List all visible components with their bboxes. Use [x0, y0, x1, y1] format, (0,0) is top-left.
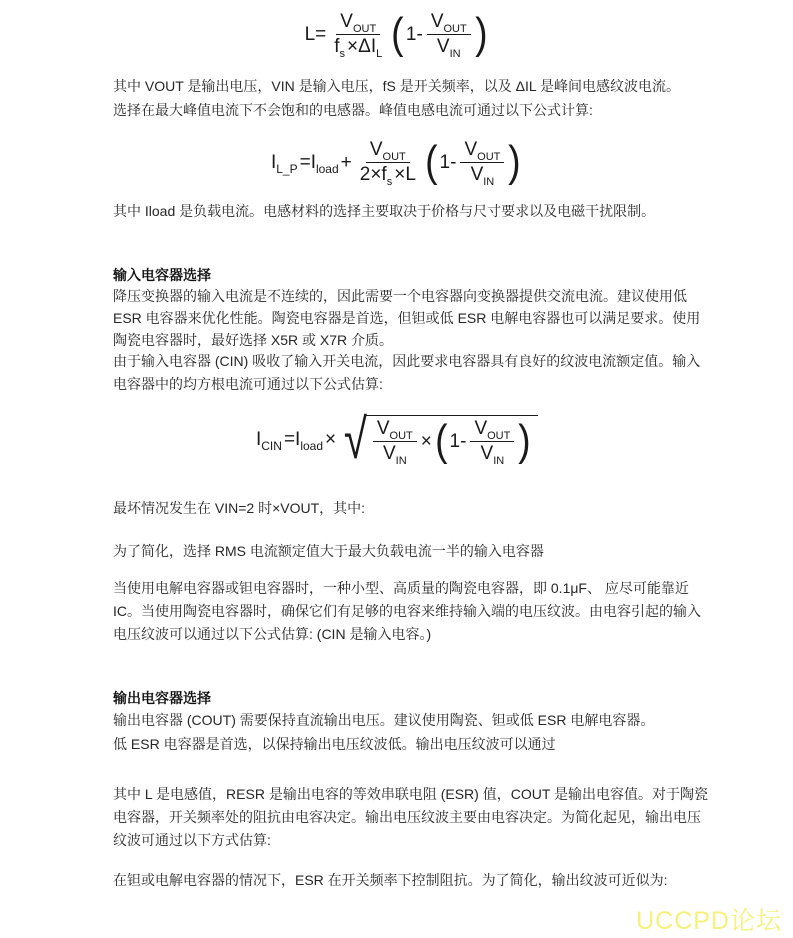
formula-input-cap-rms: ICIN=Iload×√VOUTVIN×(1-VOUTVIN) [0, 404, 793, 474]
paragraph-line: 其中 Iload 是负载电流。电感材料的选择主要取决于价格与尺寸要求以及电磁干扰… [113, 199, 713, 223]
formula-inductor-value: L=VOUTfs×ΔIL(1-VOUTVIN) [0, 8, 793, 60]
paragraph-iload: 其中 Iload 是负载电流。电感材料的选择主要取决于价格与尺寸要求以及电磁干扰… [113, 199, 713, 223]
formula-peak-inductor-current: IL_P=Iload+VOUT2×fs×L(1-VOUTVIN) [0, 134, 793, 190]
paragraph-output-cap-3: 在钽或电解电容器的情况下，ESR 在开关频率下控制阻抗。为了简化，输出纹波可近似… [113, 868, 713, 892]
paragraph-simplify: 为了简化，选择 RMS 电流额定值大于最大负载电流一半的输入电容器 [113, 539, 713, 563]
paragraph-line: 其中 VOUT 是输出电压，VIN 是输入电压，fS 是开关频率，以及 ΔIL … [113, 74, 713, 98]
paragraph-input-cap-1: 降压变换器的输入电流是不连续的，因此需要一个电容器向变换器提供交流电流。建议使用… [113, 285, 713, 351]
paragraph-inductor-vars: 其中 VOUT 是输出电压，VIN 是输入电压，fS 是开关频率，以及 ΔIL … [113, 74, 713, 122]
paragraph-input-cap-2: 由于输入电容器 (CIN) 吸收了输入开关电流，因此要求电容器具有良好的纹波电流… [113, 350, 713, 396]
paragraph-line: 选择在最大峰值电流下不会饱和的电感器。峰值电感电流可通过以下公式计算: [113, 98, 713, 122]
paragraph-line: 输出电容器 (COUT) 需要保持直流输出电压。建议使用陶瓷、钽或低 ESR 电… [113, 708, 713, 732]
paragraph-input-cap-3: 当使用电解电容器或钽电容器时，一种小型、高质量的陶瓷电容器，即 0.1μF、 应… [113, 577, 713, 646]
paragraph-output-cap-2: 其中 L 是电感值，RESR 是输出电容的等效串联电阻 (ESR) 值，COUT… [113, 783, 713, 852]
document-page: L=VOUTfs×ΔIL(1-VOUTVIN) 其中 VOUT 是输出电压，VI… [0, 0, 793, 938]
paragraph-worst-case: 最坏情况发生在 VIN=2 时×VOUT，其中: [113, 496, 713, 520]
section-heading-input-capacitor: 输入电容器选择 [113, 263, 713, 287]
watermark-uccpd: UCCPD论坛 [636, 901, 782, 937]
paragraph-output-cap-1: 输出电容器 (COUT) 需要保持直流输出电压。建议使用陶瓷、钽或低 ESR 电… [113, 708, 713, 756]
section-heading-output-capacitor: 输出电容器选择 [113, 686, 713, 710]
paragraph-line: 低 ESR 电容器是首选，以保持输出电压纹波低。输出电压纹波可以通过 [113, 732, 713, 756]
